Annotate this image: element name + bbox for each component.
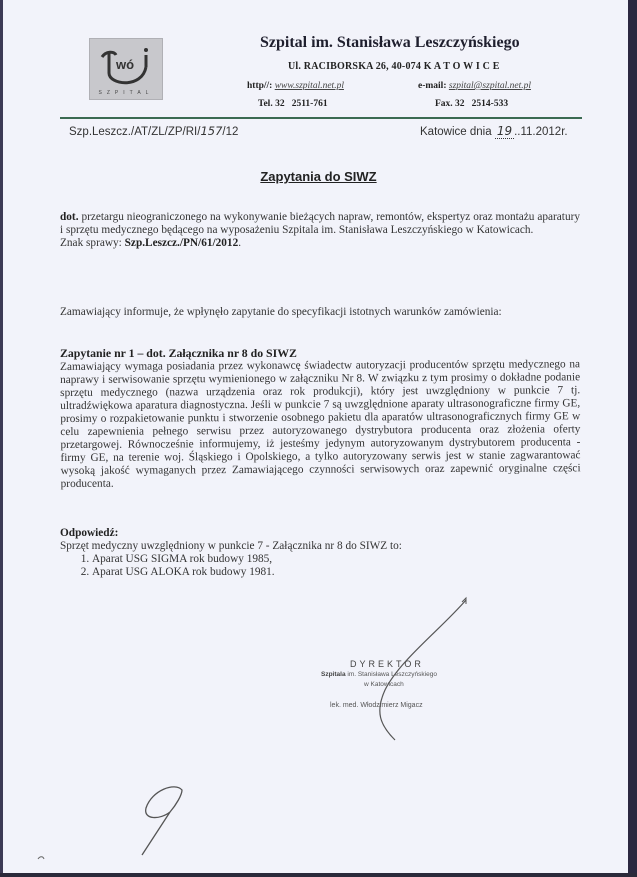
stamp-title: DYREKTOR xyxy=(350,659,424,669)
email-link[interactable]: szpital@szpital.net.pl xyxy=(449,81,531,91)
page-number-nine xyxy=(142,787,182,855)
question-paragraph: Zamawiający wymaga posiadania przez wyko… xyxy=(60,358,581,491)
email-label: e-mail: xyxy=(418,81,447,91)
stamp-line-1-bold: Szpitala xyxy=(321,671,346,678)
header-divider xyxy=(60,117,582,119)
date-line: Katowice dnia 19..11.2012r. xyxy=(420,124,568,138)
stamp-line-1: Szpitala im. Stanisława Leszczyńskiego xyxy=(321,671,437,678)
subject-text: przetargu nieograniczonego na wykonywani… xyxy=(60,211,580,236)
reference-number: Szp.Leszcz./AT/ZL/ZP/RI/157/12 xyxy=(69,124,238,138)
date-day-handwritten: 19 xyxy=(495,124,514,139)
hospital-logo: wó SZPITAL xyxy=(89,38,163,100)
website-link[interactable]: www.szpital.net.pl xyxy=(275,81,344,91)
case-end: . xyxy=(238,237,241,249)
answer-item: Aparat USG SIGMA rok budowy 1985, xyxy=(92,553,275,566)
logo-caption: SZPITAL xyxy=(90,90,162,96)
fax: Fax. 32 2514-533 xyxy=(435,99,508,109)
answer-heading: Odpowiedź: xyxy=(60,527,118,539)
signature-stroke xyxy=(380,600,466,740)
subject-paragraph: dot. przetargu nieograniczonego na wykon… xyxy=(60,211,580,250)
intro-paragraph: Zamawiający informuje, że wpłynęło zapyt… xyxy=(60,306,580,319)
date-label: Katowice dnia xyxy=(420,126,492,138)
scan-edge-right xyxy=(628,0,637,877)
hospital-name: Szpital im. Stanisława Leszczyńskiego xyxy=(260,34,520,52)
answer-item: Aparat USG ALOKA rok budowy 1981. xyxy=(92,566,275,579)
document-title: Zapytania do SIWZ xyxy=(0,169,637,184)
website-line: http//: www.szpital.net.pl xyxy=(247,81,344,91)
reference-handwritten: 157 xyxy=(200,124,222,138)
reference-suffix: /12 xyxy=(222,126,238,138)
telephone: Tel. 32 2511-761 xyxy=(258,99,328,109)
stamp-line-1-rest: im. Stanisława Leszczyńskiego xyxy=(346,671,437,678)
scan-edge-bottom xyxy=(0,873,637,877)
case-number: Szp.Leszcz./PN/61/2012 xyxy=(125,237,239,249)
stamp-line-3: lek. med. Włodzimierz Migacz xyxy=(330,702,423,709)
reference-prefix: Szp.Leszcz./AT/ZL/ZP/RI/ xyxy=(69,126,200,138)
svg-text:wó: wó xyxy=(115,57,134,72)
date-rest: ..11.2012r. xyxy=(514,126,568,138)
email-line: e-mail: szpital@szpital.net.pl xyxy=(418,81,531,91)
case-label: Znak sprawy: xyxy=(60,237,122,249)
stamp-line-2: w Katowicach xyxy=(364,681,404,688)
scan-edge-left xyxy=(0,0,3,877)
question-heading: Zapytanie nr 1 – dot. Załącznika nr 8 do… xyxy=(60,346,297,361)
hospital-address: Ul. RACIBORSKA 26, 40-074 K A T O W I C … xyxy=(288,61,500,72)
website-label: http//: xyxy=(247,81,272,91)
subject-lead: dot. xyxy=(60,211,79,223)
answer-text: Sprzęt medyczny uwzględniony w punkcie 7… xyxy=(60,540,402,552)
answer-list: Aparat USG SIGMA rok budowy 1985, Aparat… xyxy=(74,553,275,579)
